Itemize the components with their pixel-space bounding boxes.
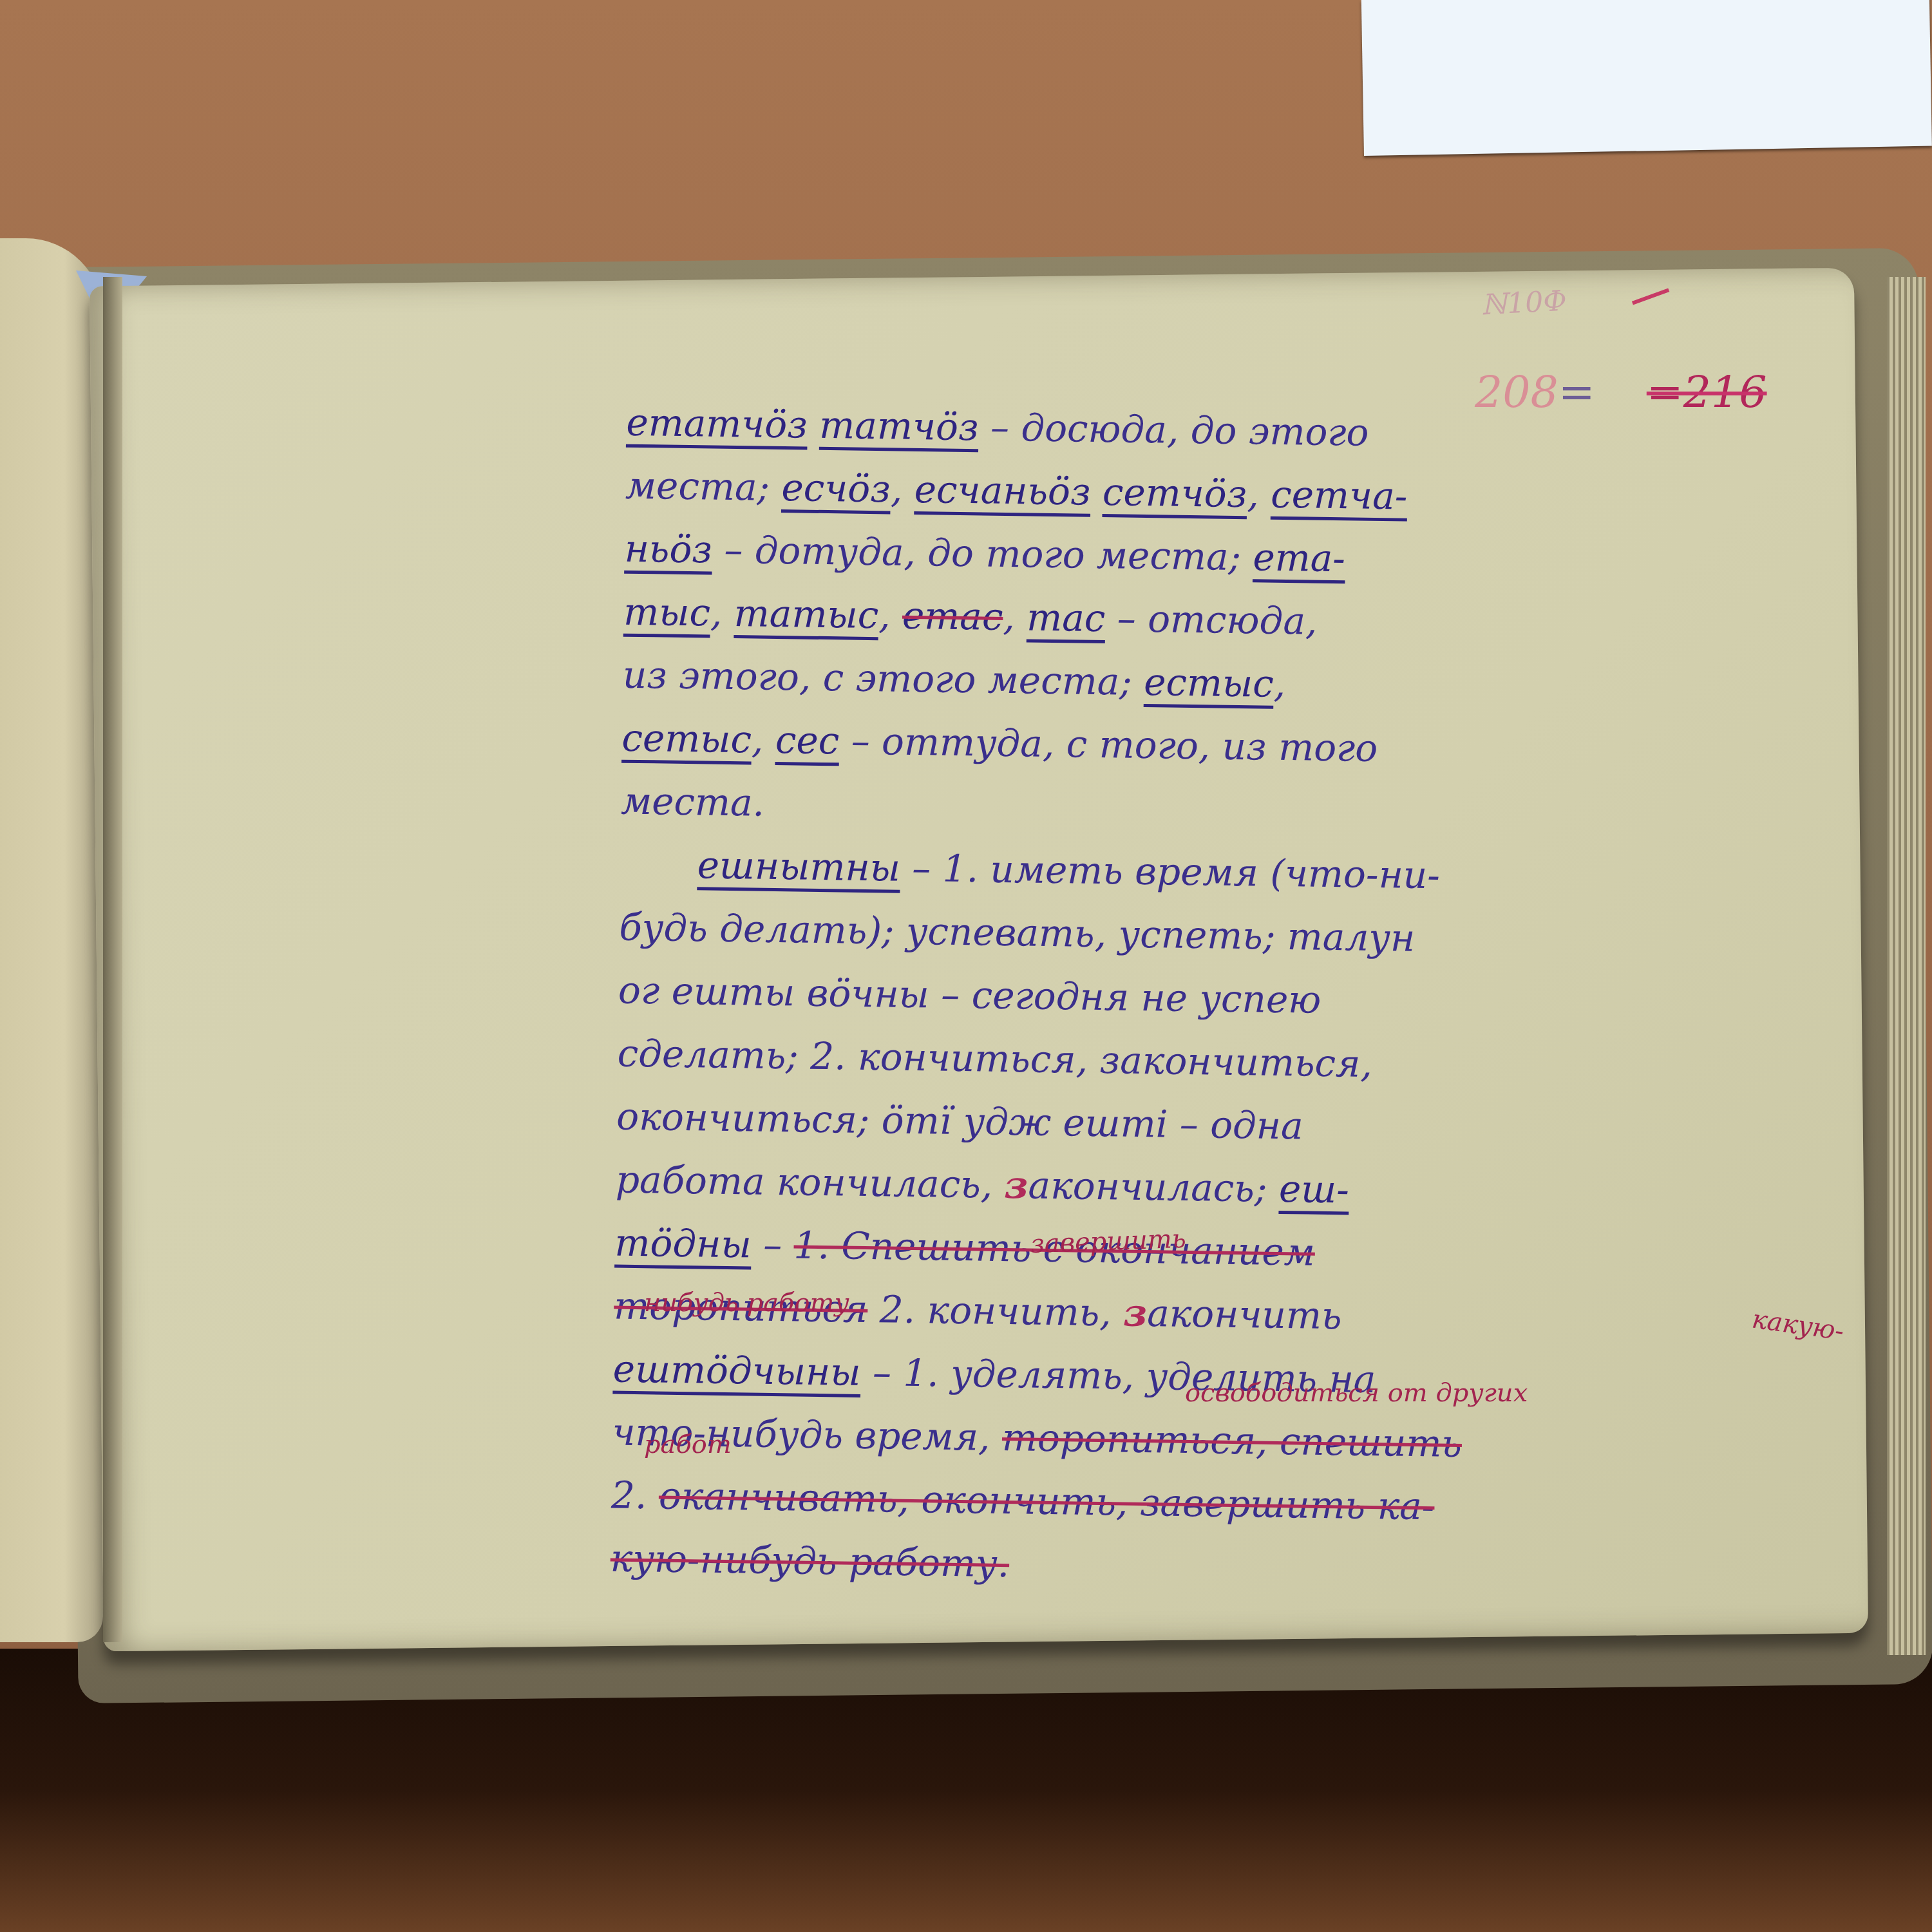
red-correction: нибудь работу <box>644 1288 849 1318</box>
red-insertion: з <box>1004 1163 1028 1207</box>
headword: татыс <box>734 591 878 637</box>
struck-text: оканчивать, окончить, завершить ка- <box>658 1474 1435 1529</box>
red-insertion: з <box>1123 1291 1148 1336</box>
headword: естыс <box>1144 660 1274 706</box>
headword: тас <box>1027 595 1106 640</box>
book-gutter <box>103 277 122 1642</box>
red-correction: завершить <box>1030 1224 1186 1259</box>
red-correction: работ <box>644 1430 732 1459</box>
headword: ньӧз <box>624 527 712 572</box>
headword: еш- <box>1278 1167 1349 1212</box>
page-edges <box>1887 277 1926 1655</box>
headword: сетыс <box>621 716 752 762</box>
headword: етатчӧз <box>626 401 808 447</box>
headword: тӧдны <box>614 1221 752 1267</box>
headword: тыс <box>623 590 711 635</box>
folio-top-mark: ℕ10Ф <box>1481 285 1567 322</box>
manuscript-text: етатчӧз татчӧз – досюда, до этого места;… <box>610 391 1863 1607</box>
headword: сетча- <box>1271 473 1408 518</box>
headword: есчӧз <box>781 466 891 511</box>
headword: ета- <box>1253 535 1345 580</box>
struck-text: кую-нибудь работу. <box>610 1537 1009 1586</box>
headword-struck: етас <box>902 594 1003 639</box>
left-page <box>0 238 103 1642</box>
headword: ештӧдчыны <box>612 1347 861 1394</box>
struck-text: торопиться, спешить <box>1002 1416 1463 1466</box>
white-paper-sheet <box>1361 0 1932 156</box>
red-correction: освободиться от других <box>1185 1378 1528 1408</box>
headword: ешнытны <box>697 843 900 889</box>
headword: сетчӧз <box>1103 470 1247 516</box>
headword: есчаньӧз <box>914 468 1091 514</box>
headword: сес <box>775 718 839 762</box>
headword: татчӧз <box>819 403 979 449</box>
